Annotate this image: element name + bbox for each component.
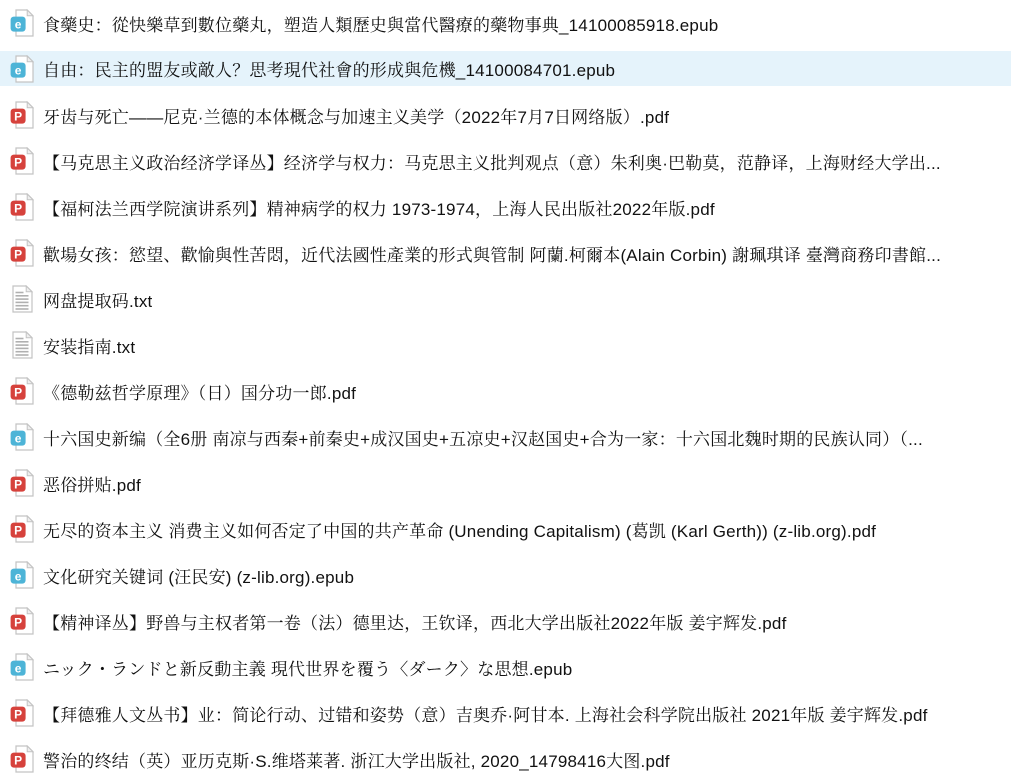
file-list: e 食藥史：從快樂草到數位藥丸，塑造人類歷史與當代醫療的藥物事典_1410008… — [0, 0, 1011, 782]
pdf-file-icon: P — [10, 147, 34, 175]
svg-text:e: e — [15, 661, 22, 675]
file-row[interactable]: P 《德勒兹哲学原理》（日）国分功一郎.pdf — [0, 368, 1011, 414]
file-row[interactable]: 网盘提取码.txt — [0, 276, 1011, 322]
pdf-file-icon: P — [10, 239, 34, 267]
file-name: 十六国史新编（全6册 南凉与西秦+前秦史+成汉国史+五凉史+汉赵国史+合为一家：… — [43, 425, 923, 450]
file-name: 网盘提取码.txt — [43, 287, 152, 312]
pdf-file-icon: P — [10, 515, 34, 543]
svg-text:P: P — [14, 155, 22, 169]
file-name: 无尽的资本主义 消费主义如何否定了中国的共产革命 (Unending Capit… — [43, 517, 876, 542]
file-name: 警治的终结（英）亚历克斯·S.维塔莱著. 浙江大学出版社, 2020_14798… — [43, 747, 670, 772]
file-row[interactable]: 安装指南.txt — [0, 322, 1011, 368]
file-row[interactable]: e 文化研究关键词 (汪民安) (z-lib.org).epub — [0, 552, 1011, 598]
file-row[interactable]: P 【福柯法兰西学院演讲系列】精神病学的权力 1973-1974，上海人民出版社… — [0, 184, 1011, 230]
epub-file-icon: e — [10, 653, 34, 681]
file-name: 自由：民主的盟友或敵人？思考現代社會的形成與危機_14100084701.epu… — [43, 56, 615, 81]
pdf-file-icon: P — [10, 193, 34, 221]
file-name: 【福柯法兰西学院演讲系列】精神病学的权力 1973-1974，上海人民出版社20… — [43, 195, 715, 220]
epub-file-icon: e — [10, 423, 34, 451]
epub-file-icon: e — [10, 55, 34, 83]
pdf-file-icon: P — [10, 377, 34, 405]
file-row[interactable]: P 【拜德雅人文丛书】业：简论行动、过错和姿势（意）吉奥乔·阿甘本. 上海社会科… — [0, 690, 1011, 736]
file-row[interactable]: e 食藥史：從快樂草到數位藥丸，塑造人類歷史與當代醫療的藥物事典_1410008… — [0, 0, 1011, 46]
svg-text:e: e — [15, 17, 22, 31]
file-row[interactable]: P 【精神译丛】野兽与主权者第一卷（法）德里达，王钦译，西北大学出版社2022年… — [0, 598, 1011, 644]
svg-text:P: P — [14, 201, 22, 215]
file-name: 文化研究关键词 (汪民安) (z-lib.org).epub — [43, 563, 354, 588]
file-name: 恶俗拼贴.pdf — [43, 471, 141, 496]
file-row[interactable]: P 【马克思主义政治经济学译丛】经济学与权力：马克思主义批判观点（意）朱利奥·巴… — [0, 138, 1011, 184]
file-row[interactable]: P 无尽的资本主义 消费主义如何否定了中国的共产革命 (Unending Cap… — [0, 506, 1011, 552]
svg-text:e: e — [15, 569, 22, 583]
epub-file-icon: e — [10, 9, 34, 37]
file-name: 【马克思主义政治经济学译丛】经济学与权力：马克思主义批判观点（意）朱利奥·巴勒莫… — [43, 149, 941, 174]
file-name: 《德勒兹哲学原理》（日）国分功一郎.pdf — [43, 379, 356, 404]
file-row[interactable]: P 歡場女孩：慾望、歡愉與性苦悶，近代法國性產業的形式與管制 阿蘭.柯爾本(Al… — [0, 230, 1011, 276]
pdf-file-icon: P — [10, 699, 34, 727]
file-row[interactable]: P 警治的终结（英）亚历克斯·S.维塔莱著. 浙江大学出版社, 2020_147… — [0, 736, 1011, 782]
txt-file-icon — [10, 331, 34, 359]
svg-text:e: e — [15, 63, 22, 77]
pdf-file-icon: P — [10, 607, 34, 635]
svg-text:P: P — [14, 247, 22, 261]
svg-text:P: P — [14, 109, 22, 123]
epub-file-icon: e — [10, 561, 34, 589]
file-name: ニック・ランドと新反動主義 現代世界を覆う〈ダーク〉な思想.epub — [43, 655, 572, 680]
file-row[interactable]: e 十六国史新编（全6册 南凉与西秦+前秦史+成汉国史+五凉史+汉赵国史+合为一… — [0, 414, 1011, 460]
file-name: 歡場女孩：慾望、歡愉與性苦悶，近代法國性產業的形式與管制 阿蘭.柯爾本(Alai… — [43, 241, 941, 266]
file-name: 【精神译丛】野兽与主权者第一卷（法）德里达，王钦译，西北大学出版社2022年版 … — [43, 609, 787, 634]
file-row[interactable]: P 牙齿与死亡——尼克·兰德的本体概念与加速主义美学（2022年7月7日网络版）… — [0, 92, 1011, 138]
svg-text:P: P — [14, 707, 22, 721]
file-name: 【拜德雅人文丛书】业：简论行动、过错和姿势（意）吉奥乔·阿甘本. 上海社会科学院… — [43, 701, 928, 726]
file-name: 牙齿与死亡——尼克·兰德的本体概念与加速主义美学（2022年7月7日网络版）.p… — [43, 103, 669, 128]
file-name: 食藥史：從快樂草到數位藥丸，塑造人類歷史與當代醫療的藥物事典_141000859… — [43, 11, 718, 36]
pdf-file-icon: P — [10, 101, 34, 129]
svg-text:P: P — [14, 753, 22, 767]
file-row[interactable]: e ニック・ランドと新反動主義 現代世界を覆う〈ダーク〉な思想.epub — [0, 644, 1011, 690]
txt-file-icon — [10, 285, 34, 313]
file-name: 安装指南.txt — [43, 333, 135, 358]
svg-text:e: e — [15, 431, 22, 445]
pdf-file-icon: P — [10, 469, 34, 497]
svg-text:P: P — [14, 615, 22, 629]
svg-text:P: P — [14, 477, 22, 491]
file-row[interactable]: P 恶俗拼贴.pdf — [0, 460, 1011, 506]
file-row[interactable]: e 自由：民主的盟友或敵人？思考現代社會的形成與危機_14100084701.e… — [0, 46, 1011, 92]
svg-text:P: P — [14, 523, 22, 537]
pdf-file-icon: P — [10, 745, 34, 773]
svg-text:P: P — [14, 385, 22, 399]
